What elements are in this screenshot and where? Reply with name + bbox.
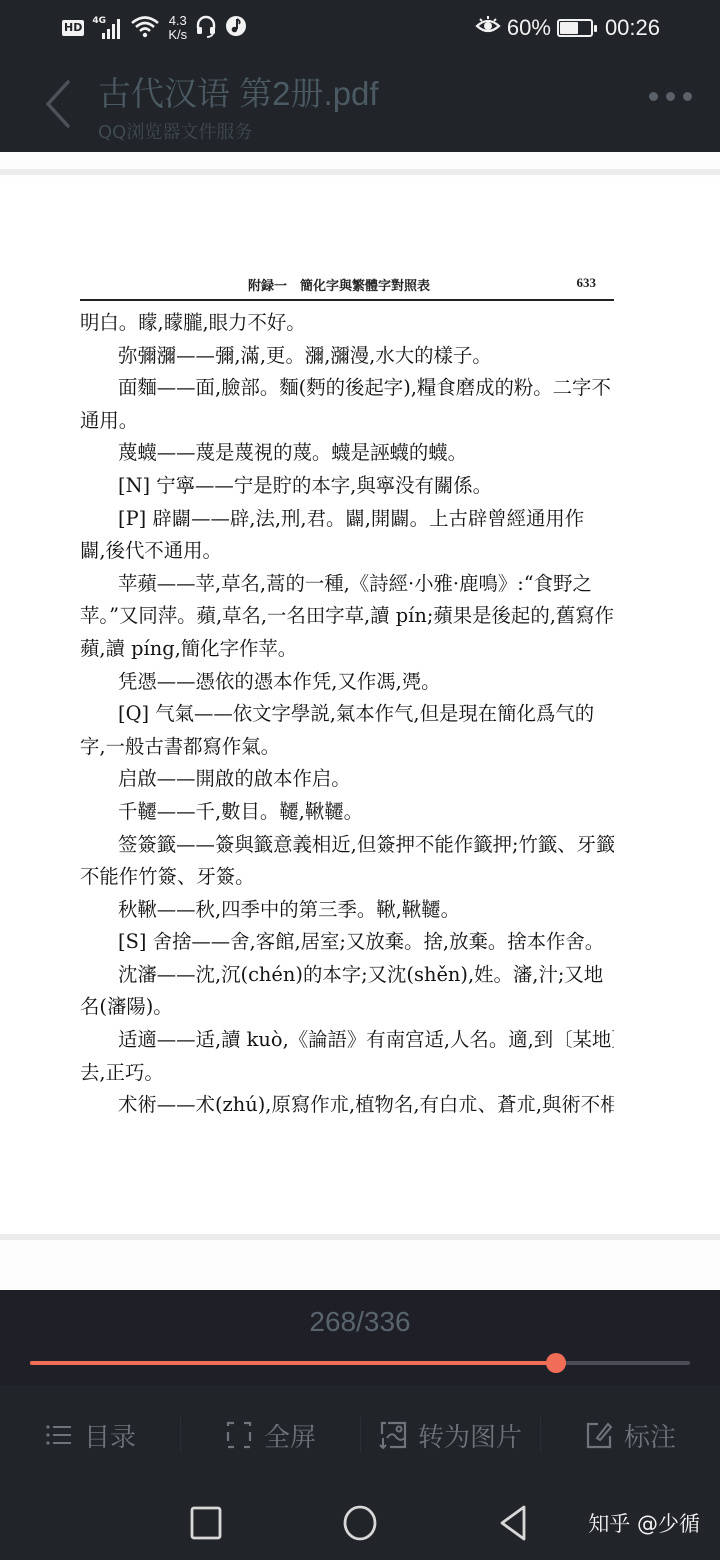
text-line: 凭憑——憑依的憑本作凭,又作馮,凴。: [80, 666, 614, 699]
page-counter: 268/336: [0, 1306, 720, 1338]
status-bar: HD 4G 4.3 K/s 60% 00:26: [0, 0, 720, 56]
eye-comfort-icon: [475, 14, 501, 42]
text-line: 千韆——千,數目。韆,鞦韆。: [80, 796, 614, 829]
speed-value: 4.3: [168, 14, 187, 28]
home-button[interactable]: [340, 1503, 380, 1543]
convert-image-icon: [378, 1420, 408, 1450]
fullscreen-label: 全屏: [264, 1417, 316, 1454]
text-line: [P] 辟闢——辟,法,刑,君。闢,開闢。上古辟曾經通用作: [80, 503, 614, 536]
page-slider[interactable]: [30, 1361, 690, 1365]
text-line: 字,一般古書都寫作氣。: [80, 731, 614, 764]
chevron-left-icon: [38, 74, 78, 134]
text-line: 沈瀋——沈,沉(chén)的本字;又沈(shěn),姓。瀋,汁;又地: [80, 959, 614, 992]
signal-4g-icon: 4G: [92, 16, 122, 40]
annotate-button[interactable]: 标注: [540, 1415, 720, 1455]
annotate-label: 标注: [624, 1417, 676, 1454]
text-line: 去,正巧。: [80, 1057, 614, 1090]
text-line: 通用。: [80, 405, 614, 438]
wifi-icon: [130, 14, 160, 42]
more-dot: [666, 92, 675, 101]
more-dots-icon: [649, 92, 658, 101]
page-navigator: 268/336: [0, 1290, 720, 1385]
back-button[interactable]: [38, 74, 78, 134]
system-nav-bar: 知乎 @少循: [0, 1485, 720, 1560]
text-line: 不能作竹簽、牙簽。: [80, 861, 614, 894]
page-separator: [0, 1234, 720, 1240]
text-line: [S] 舍捨——舍,客館,居室;又放棄。捨,放棄。捨本作舍。: [80, 926, 614, 959]
text-line: 蘋,讀 píng,簡化字作苹。: [80, 633, 614, 666]
status-bar-left: HD 4G 4.3 K/s: [62, 10, 247, 46]
network-speed: 4.3 K/s: [168, 14, 187, 42]
text-line: 苹蘋——苹,草名,蒿的一種,《詩經·小雅·鹿鳴》:“食野之: [80, 568, 614, 601]
document-source: QQ浏览器文件服务: [98, 118, 252, 144]
network-type-label: 4G: [92, 16, 106, 26]
clock: 00:26: [605, 15, 660, 41]
speed-unit: K/s: [168, 28, 187, 42]
battery-level: [560, 22, 578, 34]
text-line: 秋鞦——秋,四季中的第三季。鞦,鞦韆。: [80, 894, 614, 927]
text-line: 明白。矇,矇朧,眼力不好。: [80, 307, 614, 340]
hd-icon: HD: [62, 20, 84, 36]
text-line: 启啟——開啟的啟本作启。: [80, 763, 614, 796]
fullscreen-button[interactable]: 全屏: [180, 1415, 360, 1455]
status-bar-right: 60% 00:26: [475, 10, 660, 46]
pdf-page: 附録一 簡化字與繁體字對照表 633 明白。矇,矇朧,眼力不好。弥彌瀰——彌,滿…: [0, 177, 720, 1237]
battery-percent: 60%: [507, 15, 551, 41]
text-line: 闢,後代不通用。: [80, 535, 614, 568]
document-title: 古代汉语 第2册.pdf: [98, 68, 379, 115]
headset-icon: [195, 14, 217, 42]
toc-label: 目录: [84, 1417, 136, 1454]
recent-apps-button[interactable]: [186, 1503, 226, 1543]
page-number: 633: [577, 275, 597, 291]
fullscreen-icon: [224, 1420, 254, 1450]
text-line: 适適——适,讀 kuò,《論語》有南宫适,人名。適,到〔某地〕: [80, 1024, 614, 1057]
text-line: [N] 宁寧——宁是貯的本字,與寧没有關係。: [80, 470, 614, 503]
slider-thumb[interactable]: [546, 1353, 566, 1373]
running-head: 附録一 簡化字與繁體字對照表 633: [80, 273, 614, 301]
text-line: 名(瀋陽)。: [80, 991, 614, 1024]
home-icon: [340, 1503, 380, 1543]
list-icon: [44, 1420, 74, 1450]
text-line: 苹。”又同萍。蘋,草名,一名田字草,讀 pín;蘋果是後起的,舊寫作: [80, 600, 614, 633]
convert-image-label: 转为图片: [418, 1417, 522, 1454]
text-line: 面麵——面,臉部。麵(麪的後起字),糧食磨成的粉。二字不: [80, 372, 614, 405]
text-line: 术術——术(zhú),原寫作朮,植物名,有白朮、蒼朮,與術不相: [80, 1089, 614, 1122]
battery-icon: [557, 19, 593, 37]
more-dot: [683, 92, 692, 101]
page-body-text: 明白。矇,矇朧,眼力不好。弥彌瀰——彌,滿,更。瀰,瀰漫,水大的樣子。面麵——面…: [80, 307, 614, 1122]
back-icon: [494, 1503, 534, 1543]
recent-apps-icon: [186, 1503, 226, 1543]
convert-to-image-button[interactable]: 转为图片: [360, 1415, 540, 1455]
pdf-viewer[interactable]: 附録一 簡化字與繁體字對照表 633 明白。矇,矇朧,眼力不好。弥彌瀰——彌,滿…: [0, 152, 720, 1290]
back-nav-button[interactable]: [494, 1503, 534, 1543]
music-icon: [225, 15, 247, 41]
toc-button[interactable]: 目录: [0, 1415, 180, 1455]
watermark: 知乎 @少循: [588, 1508, 700, 1538]
slider-progress: [30, 1361, 556, 1365]
text-line: 签簽籤——簽與籤意義相近,但簽押不能作籤押;竹籤、牙籤: [80, 829, 614, 862]
running-head-title: 附録一 簡化字與繁體字對照表: [248, 275, 430, 294]
app-header: 古代汉语 第2册.pdf QQ浏览器文件服务: [0, 56, 720, 152]
more-options-button[interactable]: [649, 92, 692, 101]
annotate-icon: [584, 1420, 614, 1450]
bottom-toolbar: 目录 全屏 转为图片 标注: [0, 1385, 720, 1485]
text-line: [Q] 气氣——依文字學説,氣本作气,但是現在簡化爲气的: [80, 698, 614, 731]
page-separator: [0, 169, 720, 175]
text-line: 蔑蠛——蔑是蔑視的蔑。蠛是誣蠛的蠛。: [80, 437, 614, 470]
text-line: 弥彌瀰——彌,滿,更。瀰,瀰漫,水大的樣子。: [80, 340, 614, 373]
